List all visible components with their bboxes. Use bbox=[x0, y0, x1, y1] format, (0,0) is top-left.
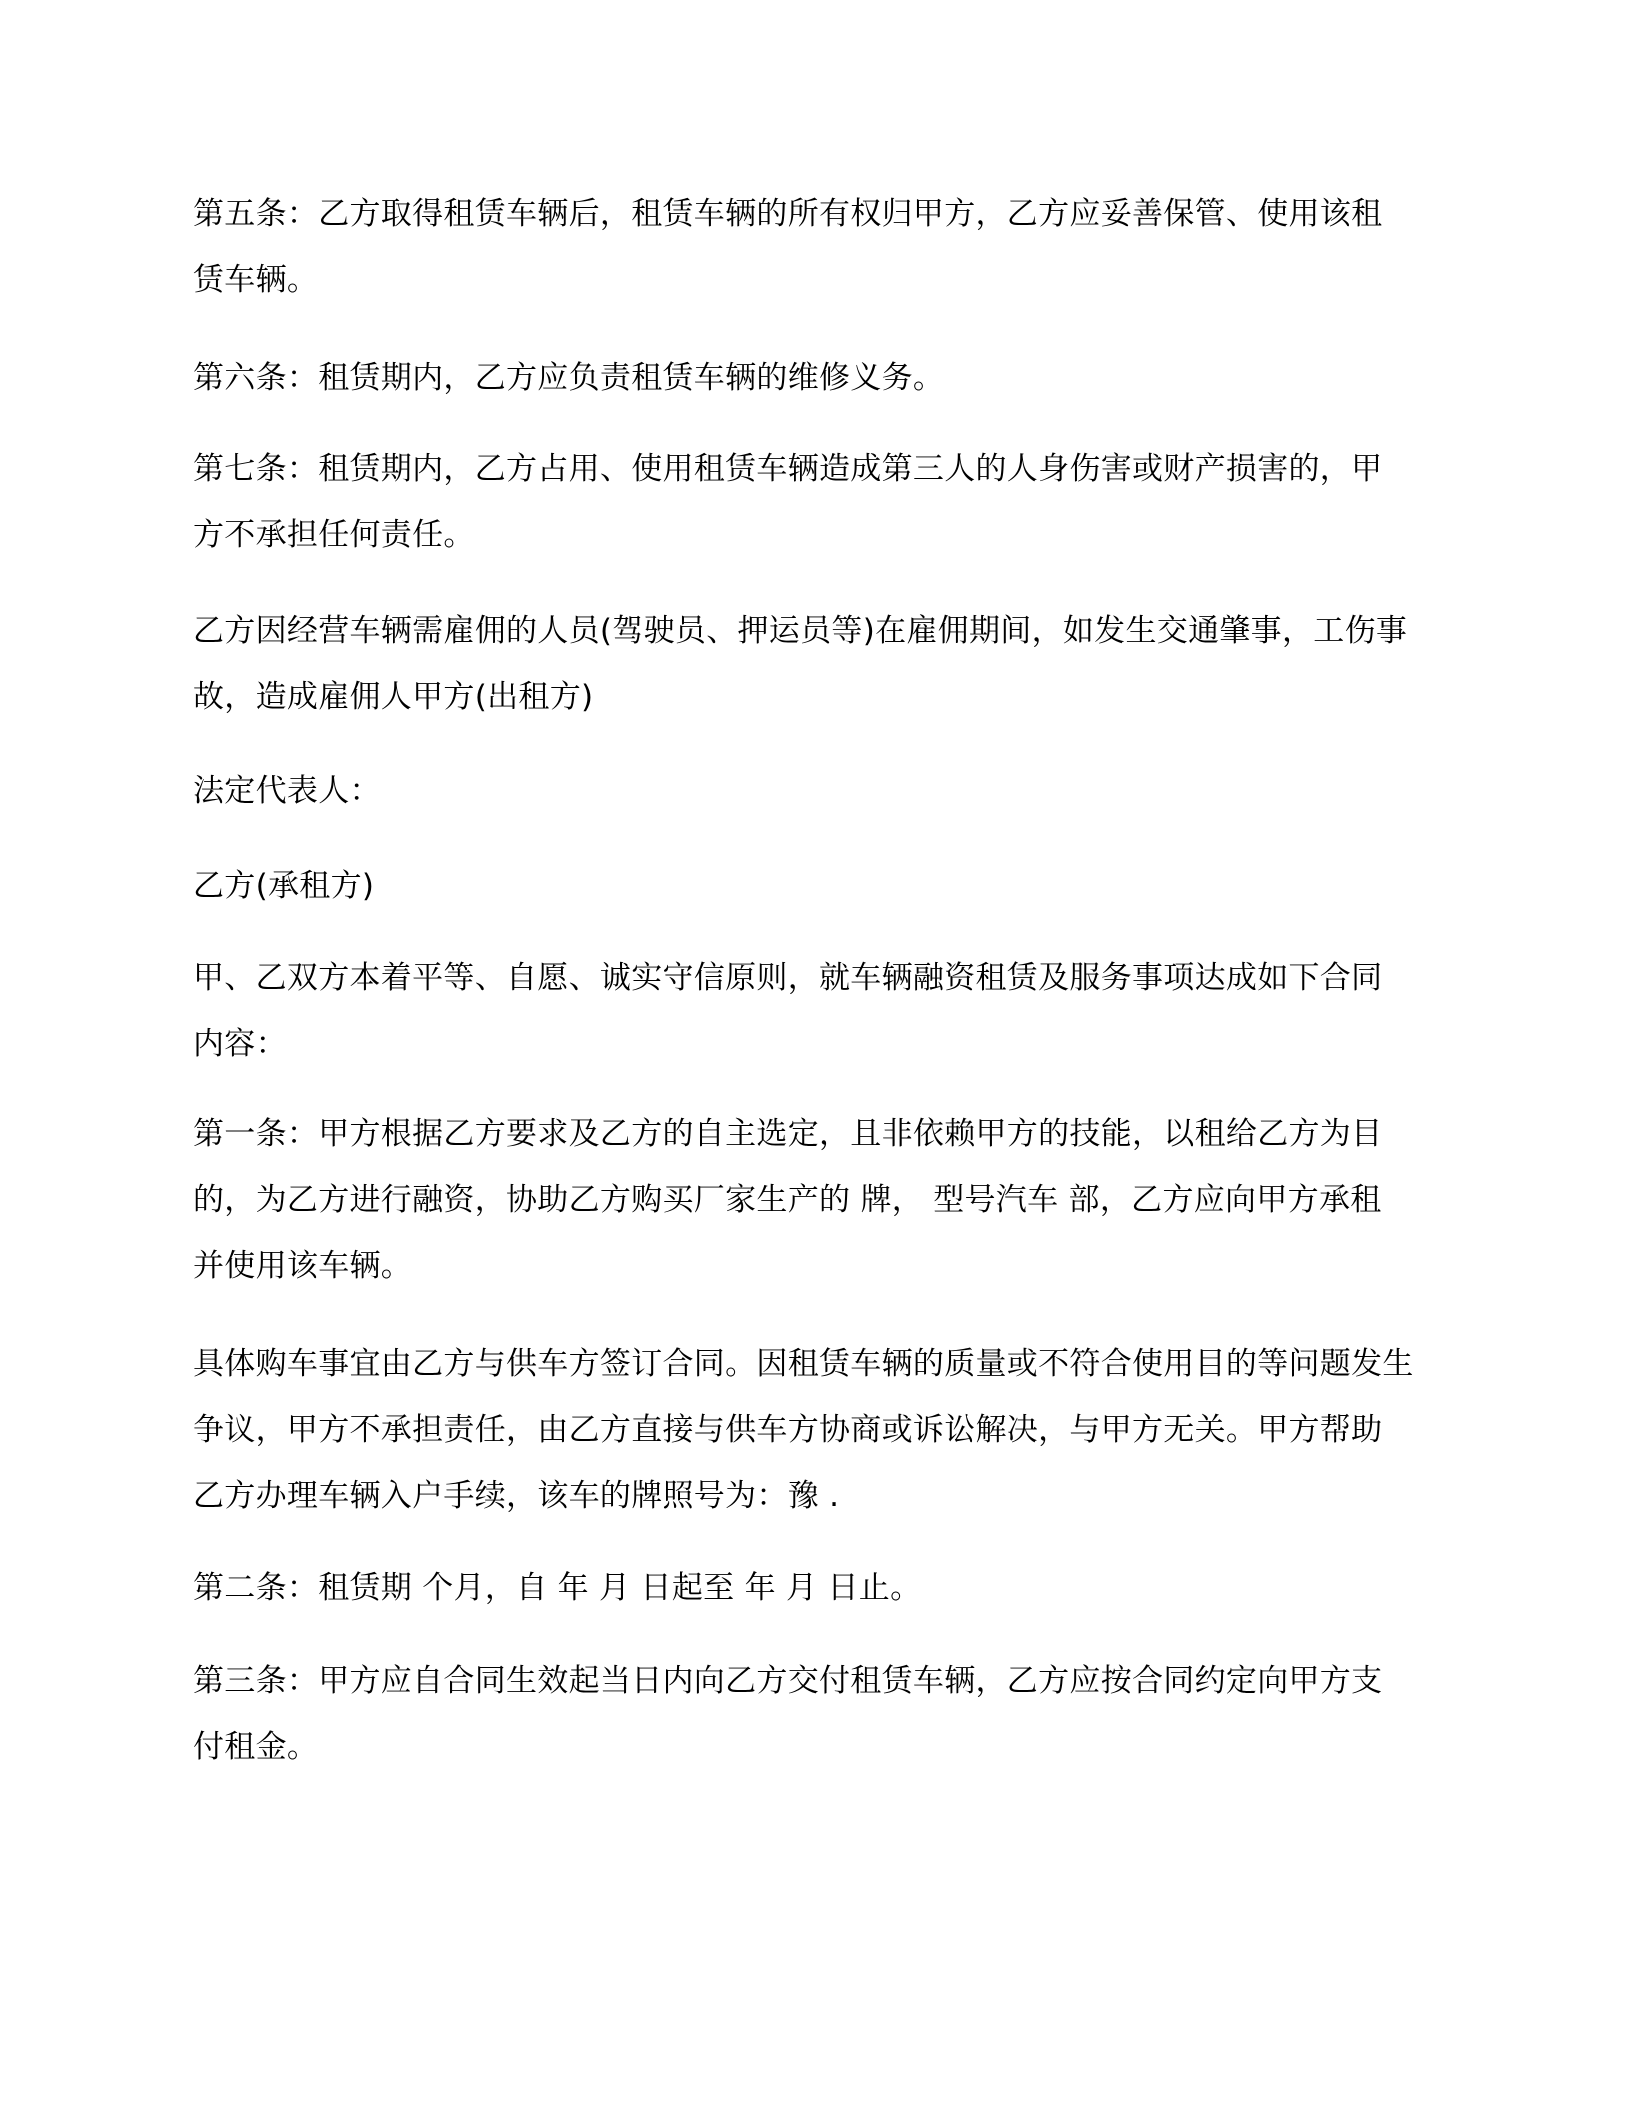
paragraph-party-b: 乙方(承租方) bbox=[193, 853, 1453, 919]
paragraph-article-1: 第一条：甲方根据乙方要求及乙方的自主选定，且非依赖甲方的技能，以租给乙方为目 的… bbox=[193, 1101, 1453, 1299]
document-page: 第五条：乙方取得租赁车辆后，租赁车辆的所有权归甲方，乙方应妥善保管、使用该租 赁… bbox=[0, 0, 1632, 2112]
text-line: 第一条：甲方根据乙方要求及乙方的自主选定，且非依赖甲方的技能，以租给乙方为目 bbox=[193, 1101, 1453, 1167]
text-line: 赁车辆。 bbox=[193, 247, 1453, 313]
paragraph-article-5: 第五条：乙方取得租赁车辆后，租赁车辆的所有权归甲方，乙方应妥善保管、使用该租 赁… bbox=[193, 181, 1453, 313]
text-line: 乙方办理车辆入户手续，该车的牌照号为：豫 . bbox=[193, 1463, 1453, 1529]
text-line: 乙方因经营车辆需雇佣的人员(驾驶员、押运员等)在雇佣期间，如发生交通肇事，工伤事 bbox=[193, 598, 1453, 664]
text-line: 第七条：租赁期内，乙方占用、使用租赁车辆造成第三人的人身伤害或财产损害的，甲 bbox=[193, 436, 1453, 502]
text-line: 第六条：租赁期内，乙方应负责租赁车辆的维修义务。 bbox=[193, 345, 1453, 411]
text-line: 方不承担任何责任。 bbox=[193, 502, 1453, 568]
paragraph-preamble: 甲、乙双方本着平等、自愿、诚实守信原则，就车辆融资租赁及服务事项达成如下合同 内… bbox=[193, 945, 1453, 1077]
paragraph-article-2: 第二条：租赁期 个月，自 年 月 日起至 年 月 日止。 bbox=[193, 1555, 1453, 1621]
text-line: 争议，甲方不承担责任，由乙方直接与供车方协商或诉讼解决，与甲方无关。甲方帮助 bbox=[193, 1397, 1453, 1463]
text-line: 具体购车事宜由乙方与供车方签订合同。因租赁车辆的质量或不符合使用目的等问题发生 bbox=[193, 1331, 1453, 1397]
text-line: 内容： bbox=[193, 1011, 1453, 1077]
paragraph-article-3: 第三条：甲方应自合同生效起当日内向乙方交付租赁车辆，乙方应按合同约定向甲方支 付… bbox=[193, 1648, 1453, 1780]
paragraph-employee-clause: 乙方因经营车辆需雇佣的人员(驾驶员、押运员等)在雇佣期间，如发生交通肇事，工伤事… bbox=[193, 598, 1453, 730]
text-line: 第三条：甲方应自合同生效起当日内向乙方交付租赁车辆，乙方应按合同约定向甲方支 bbox=[193, 1648, 1453, 1714]
paragraph-legal-representative: 法定代表人： bbox=[193, 758, 1453, 824]
text-line: 乙方(承租方) bbox=[193, 853, 1453, 919]
text-line: 法定代表人： bbox=[193, 758, 1453, 824]
text-line: 第二条：租赁期 个月，自 年 月 日起至 年 月 日止。 bbox=[193, 1555, 1453, 1621]
paragraph-article-6: 第六条：租赁期内，乙方应负责租赁车辆的维修义务。 bbox=[193, 345, 1453, 411]
text-line: 的，为乙方进行融资，协助乙方购买厂家生产的 牌， 型号汽车 部，乙方应向甲方承租 bbox=[193, 1167, 1453, 1233]
text-line: 并使用该车辆。 bbox=[193, 1233, 1453, 1299]
text-line: 付租金。 bbox=[193, 1714, 1453, 1780]
paragraph-purchase-details: 具体购车事宜由乙方与供车方签订合同。因租赁车辆的质量或不符合使用目的等问题发生 … bbox=[193, 1331, 1453, 1529]
paragraph-article-7: 第七条：租赁期内，乙方占用、使用租赁车辆造成第三人的人身伤害或财产损害的，甲 方… bbox=[193, 436, 1453, 568]
text-line: 甲、乙双方本着平等、自愿、诚实守信原则，就车辆融资租赁及服务事项达成如下合同 bbox=[193, 945, 1453, 1011]
text-line: 故，造成雇佣人甲方(出租方) bbox=[193, 664, 1453, 730]
text-line: 第五条：乙方取得租赁车辆后，租赁车辆的所有权归甲方，乙方应妥善保管、使用该租 bbox=[193, 181, 1453, 247]
